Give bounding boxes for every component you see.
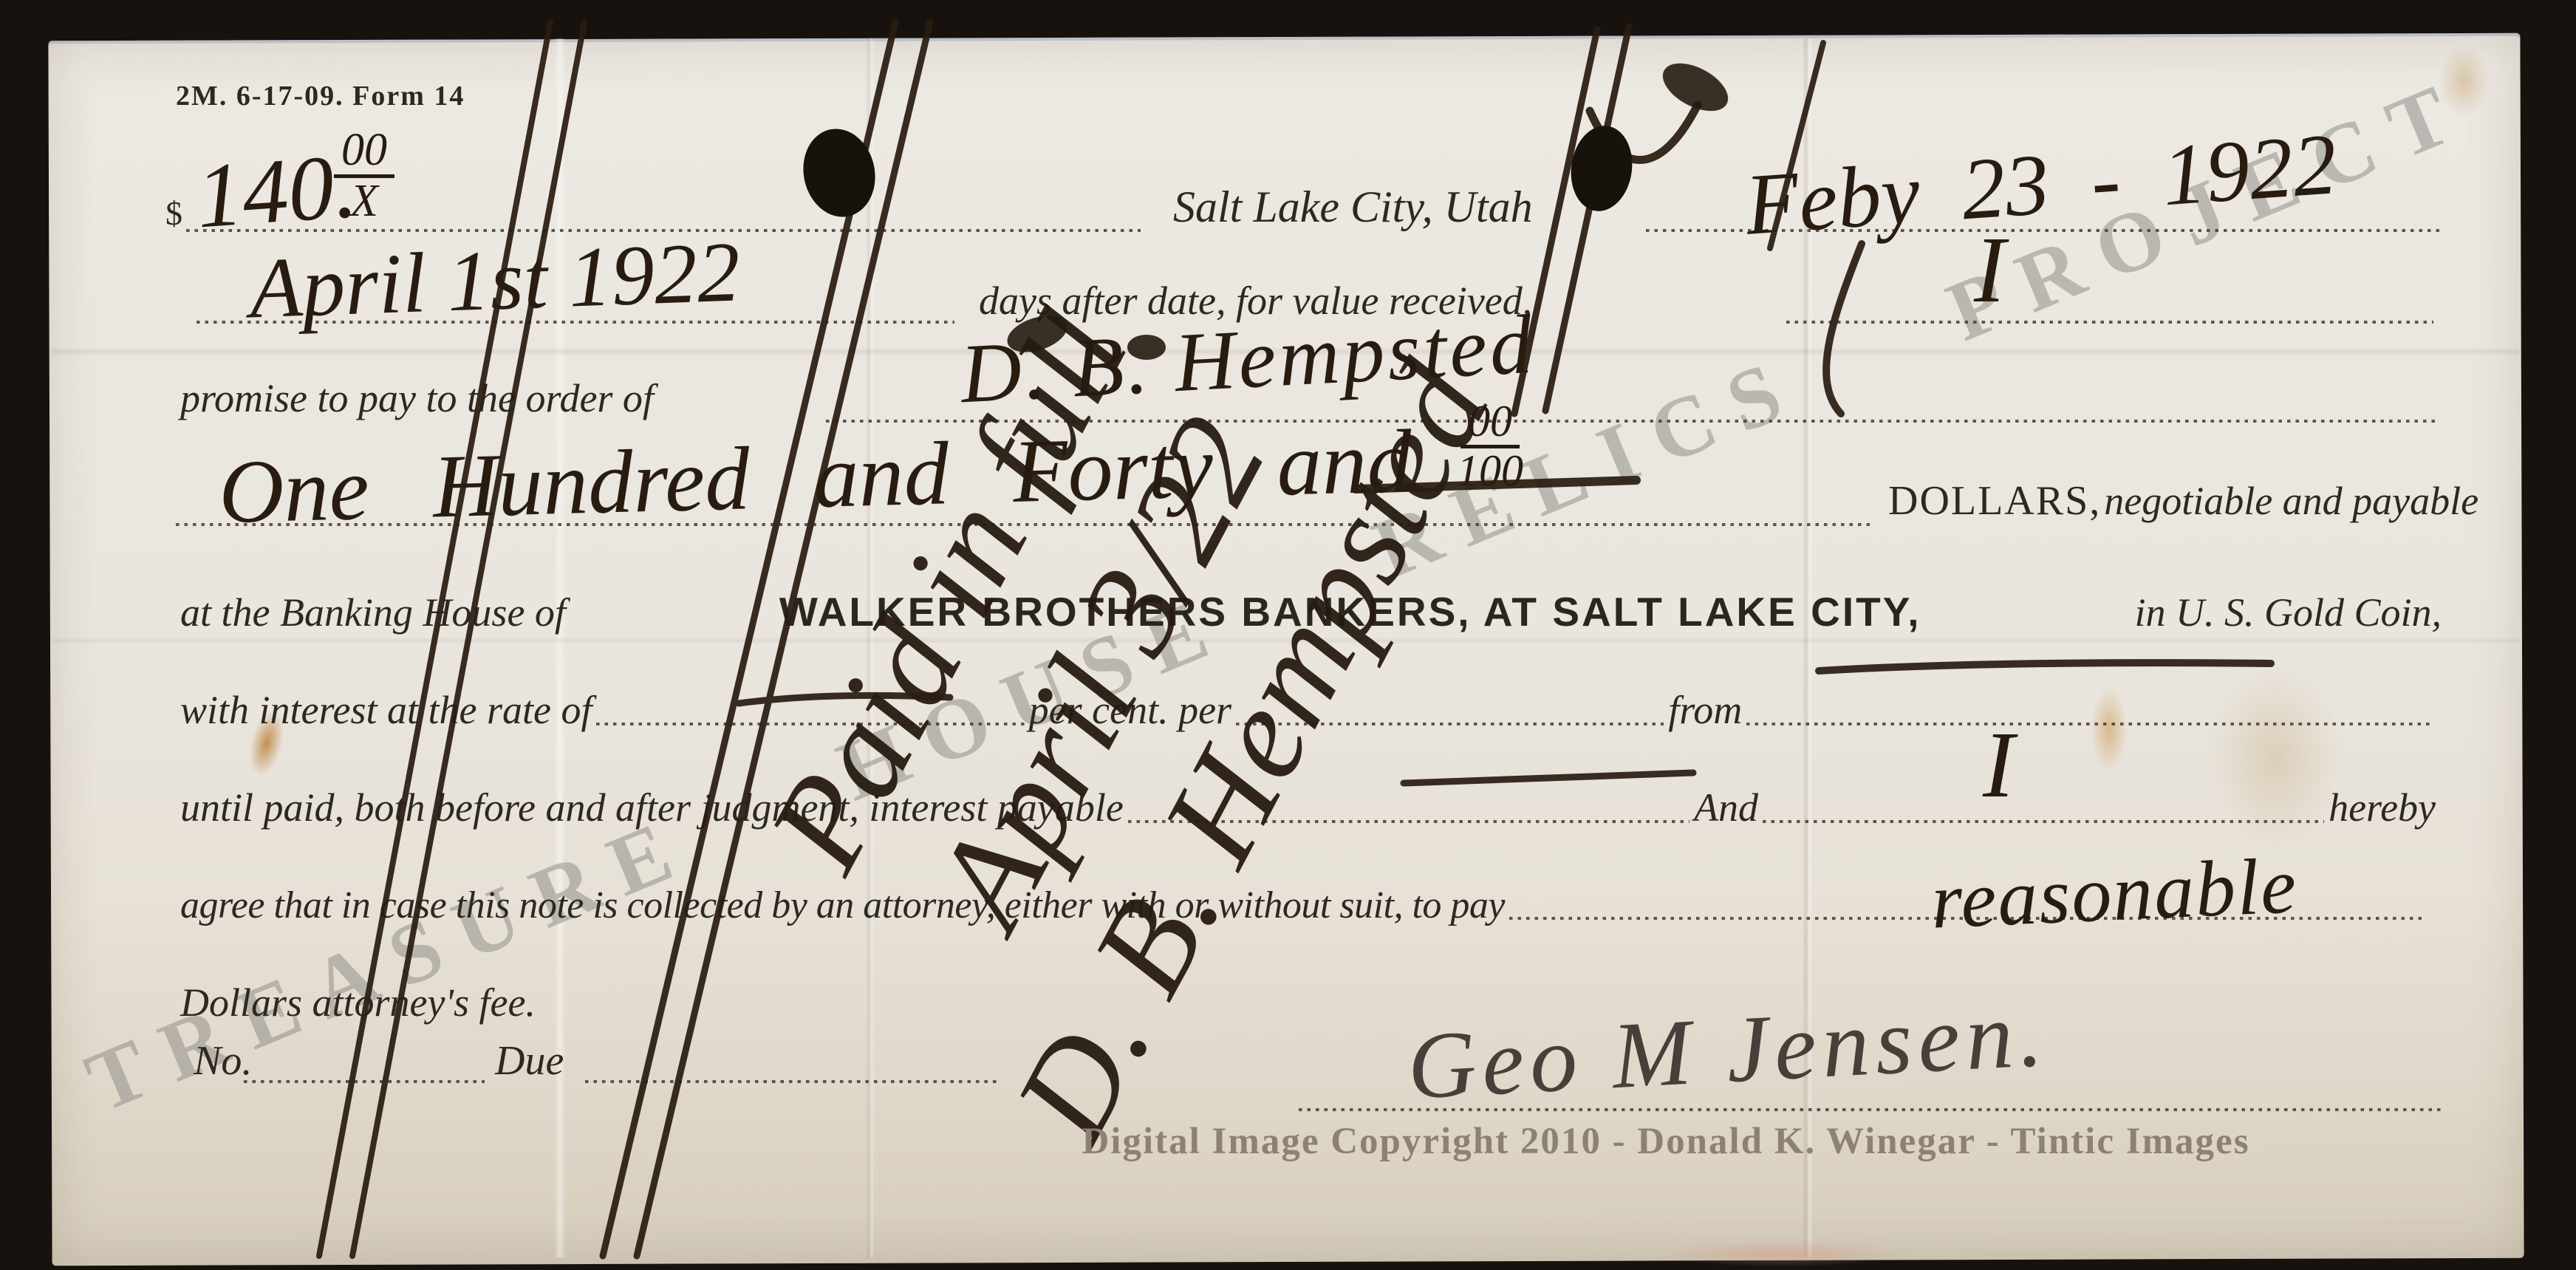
handwritten-dash-rate xyxy=(739,695,950,703)
scanned-promissory-note: TREASURE HOUSE RELICS PROJECT Digital Im… xyxy=(0,0,2576,1270)
ink-blot xyxy=(1127,335,1166,360)
handwritten-dash-payable xyxy=(1404,773,1693,783)
handwritten-strike-fraction xyxy=(1356,480,1636,489)
handwritten-dash-from xyxy=(1819,663,2271,671)
ink-strokes-overlay xyxy=(0,0,2576,1270)
cancellation-stroke xyxy=(319,22,550,1256)
ink-flourish xyxy=(1826,244,1862,414)
copyright-text: Digital Image Copyright 2010 - Donald K.… xyxy=(997,1120,2334,1163)
cancellation-stroke xyxy=(637,22,930,1256)
cancellation-stroke xyxy=(352,22,584,1256)
cancellation-stroke xyxy=(1770,43,1823,248)
ink-blot xyxy=(1002,309,1071,359)
